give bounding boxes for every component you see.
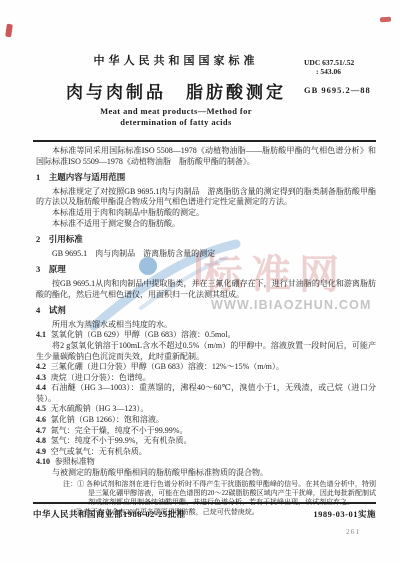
text-line: 本标准不适用于测定聚合的脂肪酸。 — [36, 219, 376, 230]
clause-number: 4.7 — [36, 426, 46, 435]
clause-number: 2 — [36, 234, 40, 244]
document-body: 本标准等同采用国际标准ISO 5508—1978《动植物油脂——脂肪酸甲酯的气相… — [36, 146, 376, 517]
text-line: 4.4石油醚（HG 3—1003）：重蒸馏的，沸程40～60℃，溴值小于1，无残… — [36, 383, 376, 404]
red-scan-mark-left — [5, 24, 13, 38]
clause-number: 4 — [36, 305, 40, 315]
text-line: 4.7氮气：完全干燥，纯度不小于99.99%。 — [36, 426, 376, 437]
text-line: 4.10参照标准物 — [36, 457, 376, 468]
text-line: 本标准规定了对按照GB 9695.1肉与肉制品 游离脂肪含量的测定得到的脂类制备… — [36, 187, 376, 208]
text-line: 将2 g氢氧化钠溶于100mL含水不超过0.5%（m/m）的甲醇中。溶液放置一段… — [36, 341, 376, 362]
clause-number: 3 — [36, 264, 40, 274]
text-line: 按GB 9695.1从肉和肉制品中提取脂类，并在三氟化硼存在下，进行甘油脂的皂化… — [36, 279, 376, 300]
udc-number-line2: : 543.06 — [304, 67, 394, 76]
standard-document-page: 标准网 WWW.IBIAOZHUN.COM 中华人民共和国国家标准 UDC 63… — [0, 0, 400, 563]
clause-number: 1 — [36, 172, 40, 182]
document-title-english-line1: Meat and meat products—Method for — [36, 106, 316, 116]
page-number: 261 — [346, 527, 360, 536]
section-heading: 2引用标准 — [36, 234, 376, 245]
implementation-date: 1989-03-01实施 — [313, 508, 376, 520]
clause-number: 4.5 — [36, 404, 46, 413]
text-line: 所用水为蒸馏水或相当纯度的水。 — [36, 320, 376, 331]
text-line: 与被测定的脂肪酸甲酯相同的脂肪酸甲酯标准物质的混合物。 — [36, 468, 376, 479]
approval-statement: 中华人民共和国商业部1988-02-25批准 — [33, 508, 186, 520]
text-line: 4.1氢氧化钠（GB 629）甲醇（GB 683）溶液：0.5mol。 — [36, 330, 376, 341]
text-line: 4.9空气或氧气：无有机杂质。 — [36, 447, 376, 458]
udc-number-line1: UDC 637.51/.52 — [304, 58, 394, 67]
section-heading: 4试剂 — [36, 305, 376, 316]
clause-number: 4.6 — [36, 415, 46, 424]
text-line: 本标准等同采用国际标准ISO 5508—1978《动植物油脂——脂肪酸甲酯的气相… — [36, 146, 376, 167]
header-divider — [33, 140, 376, 142]
clause-number: 4.10 — [36, 457, 50, 466]
text-line: 4.5无水硫酸钠（HG 3—123）。 — [36, 404, 376, 415]
clause-number: 4.8 — [36, 436, 46, 445]
text-line: 4.6氯化钠（GB 1266）：饱和溶液。 — [36, 415, 376, 426]
section-heading: 1主题内容与适用范围 — [36, 172, 376, 183]
clause-number: 4.1 — [36, 330, 46, 339]
clause-number: 4.4 — [36, 383, 46, 392]
document-title: 肉与肉制品 脂肪酸测定 — [36, 78, 316, 103]
document-title-english-line2: determination of fatty acids — [36, 117, 316, 127]
text-line: GB 9695.1 肉与肉制品 游离脂肪含量的测定 — [36, 249, 376, 260]
clause-number: 4.2 — [36, 362, 46, 371]
udc-block: UDC 637.51/.52 : 543.06 GB 9695.2—88 — [304, 58, 394, 95]
red-scan-mark-right — [380, 17, 391, 23]
text-line: 4.8氢气：纯度不小于99.9%，无有机杂质。 — [36, 436, 376, 447]
text-line: 4.3庚烷（进口分装）：色谱纯。 — [36, 373, 376, 384]
clause-number: 4.3 — [36, 373, 46, 382]
section-heading: 3原理 — [36, 264, 376, 275]
text-line: 本标准适用于肉和肉制品中脂肪酸的测定。 — [36, 208, 376, 219]
note-line: 注：① 各种试剂和溶剂在进行色谱分析时不得产生干扰脂肪酸甲酯峰的信号。在其色谱分… — [36, 480, 376, 508]
text-line: 4.2三氟化硼（进口分装）甲醇（GB 683）溶液：12%～15%（m/m）。 — [36, 362, 376, 373]
document-footer: 中华人民共和国商业部1988-02-25批准 1989-03-01实施 — [33, 508, 376, 520]
standard-org-title: 中华人民共和国国家标准 — [36, 52, 316, 68]
standard-number: GB 9695.2—88 — [304, 86, 394, 95]
clause-number: 4.9 — [36, 447, 46, 456]
